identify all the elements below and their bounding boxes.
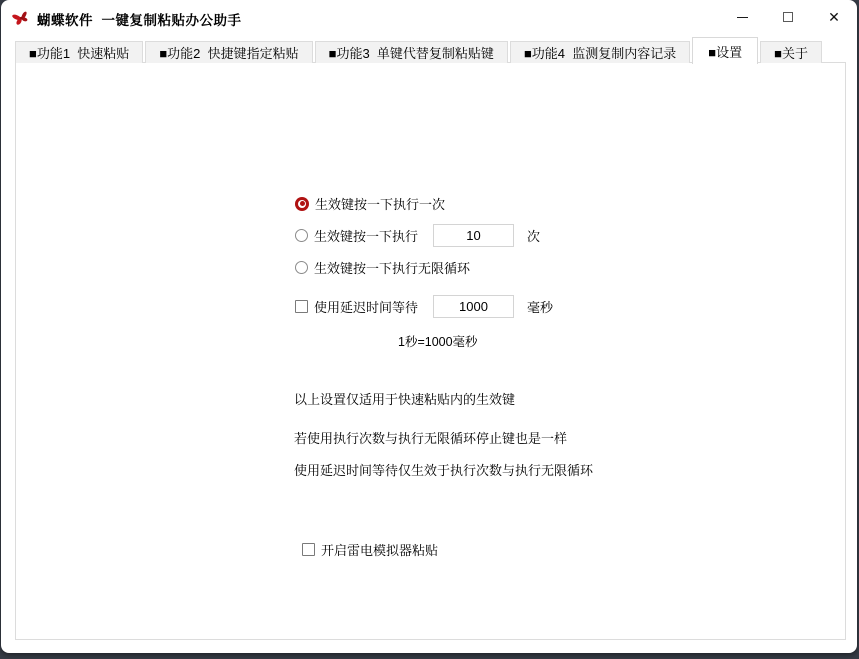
delay-ms-input[interactable] [433, 295, 514, 318]
tab-function1-quick-paste[interactable]: ■功能1 快速粘贴 [15, 41, 143, 63]
radio-option-execute-count[interactable]: 生效键按一下执行 次 [295, 224, 540, 247]
radio-label: 生效键按一下执行 [314, 226, 418, 245]
tab-function4-clipboard-monitor[interactable]: ■功能4 监测复制内容记录 [510, 41, 690, 63]
count-unit-label: 次 [527, 226, 540, 245]
close-button[interactable]: ✕ [811, 0, 857, 34]
radio-selected-icon[interactable] [295, 197, 309, 211]
minimize-button[interactable] [719, 0, 765, 34]
titlebar[interactable]: 蝴蝶软件 一键复制粘贴办公助手 ✕ [1, 0, 857, 34]
seconds-conversion-hint: 1秒=1000毫秒 [398, 332, 478, 350]
radio-unselected-icon[interactable] [295, 229, 308, 242]
tab-settings[interactable]: ■设置 [692, 37, 758, 64]
delay-wait-row[interactable]: 使用延迟时间等待 毫秒 [295, 295, 553, 318]
note-line-1: 以上设置仅适用于快速粘贴内的生效键 [294, 389, 515, 408]
ldplayer-paste-row[interactable]: 开启雷电模拟器粘贴 [302, 538, 438, 561]
tab-function2-hotkey-paste[interactable]: ■功能2 快捷键指定粘贴 [145, 41, 312, 63]
radio-label: 生效键按一下执行无限循环 [314, 258, 470, 277]
radio-option-execute-once[interactable]: 生效键按一下执行一次 [295, 192, 445, 215]
radio-label: 生效键按一下执行一次 [315, 194, 445, 213]
delay-unit-label: 毫秒 [527, 297, 553, 316]
ldplayer-label: 开启雷电模拟器粘贴 [321, 540, 438, 559]
butterfly-logo-icon [11, 7, 31, 27]
app-window: 蝴蝶软件 一键复制粘贴办公助手 ✕ ■功能1 快速粘贴 ■功能2 快捷键指定粘贴… [1, 0, 857, 653]
tab-about[interactable]: ■关于 [760, 41, 822, 63]
caption-buttons: ✕ [719, 0, 857, 34]
delay-label: 使用延迟时间等待 [314, 297, 418, 316]
radio-option-infinite-loop[interactable]: 生效键按一下执行无限循环 [295, 256, 470, 279]
radio-unselected-icon[interactable] [295, 261, 308, 274]
window-title: 蝴蝶软件 一键复制粘贴办公助手 [37, 9, 242, 29]
radio-dot [298, 200, 306, 208]
close-icon: ✕ [828, 10, 840, 24]
checkbox-unchecked-icon[interactable] [295, 300, 308, 313]
maximize-button[interactable] [765, 0, 811, 34]
note-line-3: 使用延迟时间等待仅生效于执行次数与执行无限循环 [294, 460, 593, 479]
maximize-icon [783, 12, 793, 22]
execute-count-input[interactable] [433, 224, 514, 247]
minimize-icon [737, 17, 748, 18]
checkbox-unchecked-icon[interactable] [302, 543, 315, 556]
tab-bar: ■功能1 快速粘贴 ■功能2 快捷键指定粘贴 ■功能3 单键代替复制粘贴键 ■功… [15, 37, 845, 63]
note-line-2: 若使用执行次数与执行无限循环停止键也是一样 [294, 428, 567, 447]
tab-function3-single-key[interactable]: ■功能3 单键代替复制粘贴键 [315, 41, 508, 63]
